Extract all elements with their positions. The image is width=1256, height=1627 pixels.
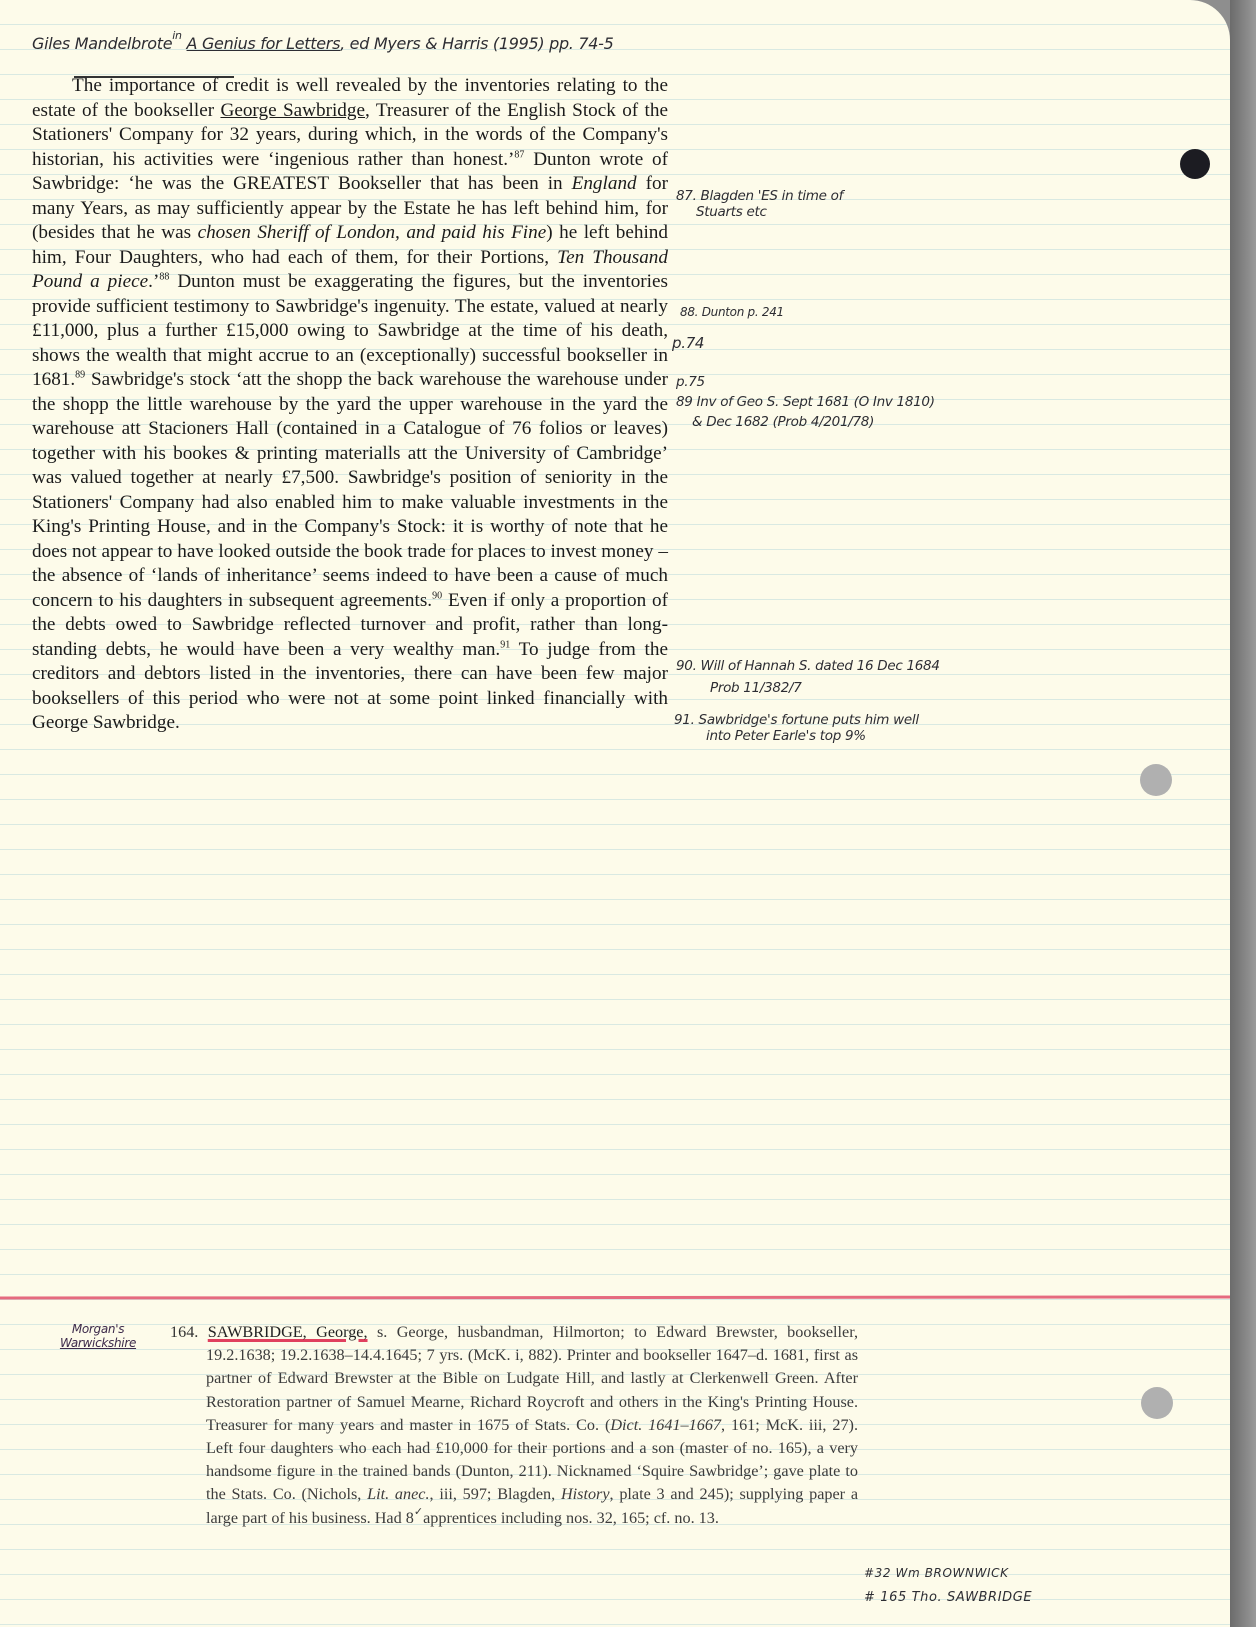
footnote-ref-90: 90 <box>432 590 442 601</box>
notebook-page: Giles Mandelbrotein A Genius for Letters… <box>0 0 1230 1627</box>
red-divider-line <box>0 1295 1230 1299</box>
citation-insert: in <box>172 29 181 42</box>
citation-rest: , ed Myers & Harris (1995) pp. 74-5 <box>340 34 613 53</box>
margin-note-89: 89 Inv of Geo S. Sept 1681 (O Inv 1810) … <box>676 394 935 430</box>
citation-handwritten-note: Giles Mandelbrotein A Genius for Letters… <box>32 34 614 53</box>
main-paragraph: The importance of credit is well reveale… <box>32 74 668 736</box>
apprentice-note-32: #32 Wm BROWNWICK <box>864 1566 1009 1580</box>
binder-hole <box>1141 1387 1173 1419</box>
scan-background-edge <box>1230 0 1256 1627</box>
margin-note-87: 87. Blagden 'ES in time of Stuarts etc <box>676 188 843 220</box>
binder-hole <box>1180 149 1210 179</box>
margin-page-75: p.75 <box>676 374 705 390</box>
footnote-ref-91: 91 <box>500 639 510 650</box>
entry-paragraph: 164. SAWBRIDGE, George, s. George, husba… <box>170 1321 858 1532</box>
citation-author: Giles Mandelbrote <box>32 34 172 53</box>
main-clipping-text: The importance of credit is well reveale… <box>32 74 668 736</box>
source-handwritten-note: Morgan's Warwickshire <box>48 1322 148 1350</box>
binder-hole <box>1140 764 1172 796</box>
margin-note-90: 90. Will of Hannah S. dated 16 Dec 1684 … <box>676 658 940 696</box>
footnote-ref-87: 87 <box>514 149 524 160</box>
apprentice-note-165: # 165 Tho. SAWBRIDGE <box>864 1590 1032 1605</box>
margin-page-74: p.74 <box>672 334 704 352</box>
margin-note-88: 88. Dunton p. 241 <box>680 305 784 319</box>
entry-number: 164. <box>170 1323 198 1341</box>
footnote-ref-88: 88 <box>159 272 169 283</box>
citation-title: A Genius for Letters <box>187 34 341 53</box>
underlined-name: George Sawbridge <box>220 100 365 121</box>
entry-heading: SAWBRIDGE, George, <box>208 1323 368 1341</box>
check-mark-icon: ✓ <box>414 1506 423 1518</box>
margin-note-91: 91. Sawbridge's fortune puts him well in… <box>674 712 919 744</box>
dictionary-entry-clipping: 164. SAWBRIDGE, George, s. George, husba… <box>170 1321 858 1532</box>
footnote-ref-89: 89 <box>75 370 85 381</box>
